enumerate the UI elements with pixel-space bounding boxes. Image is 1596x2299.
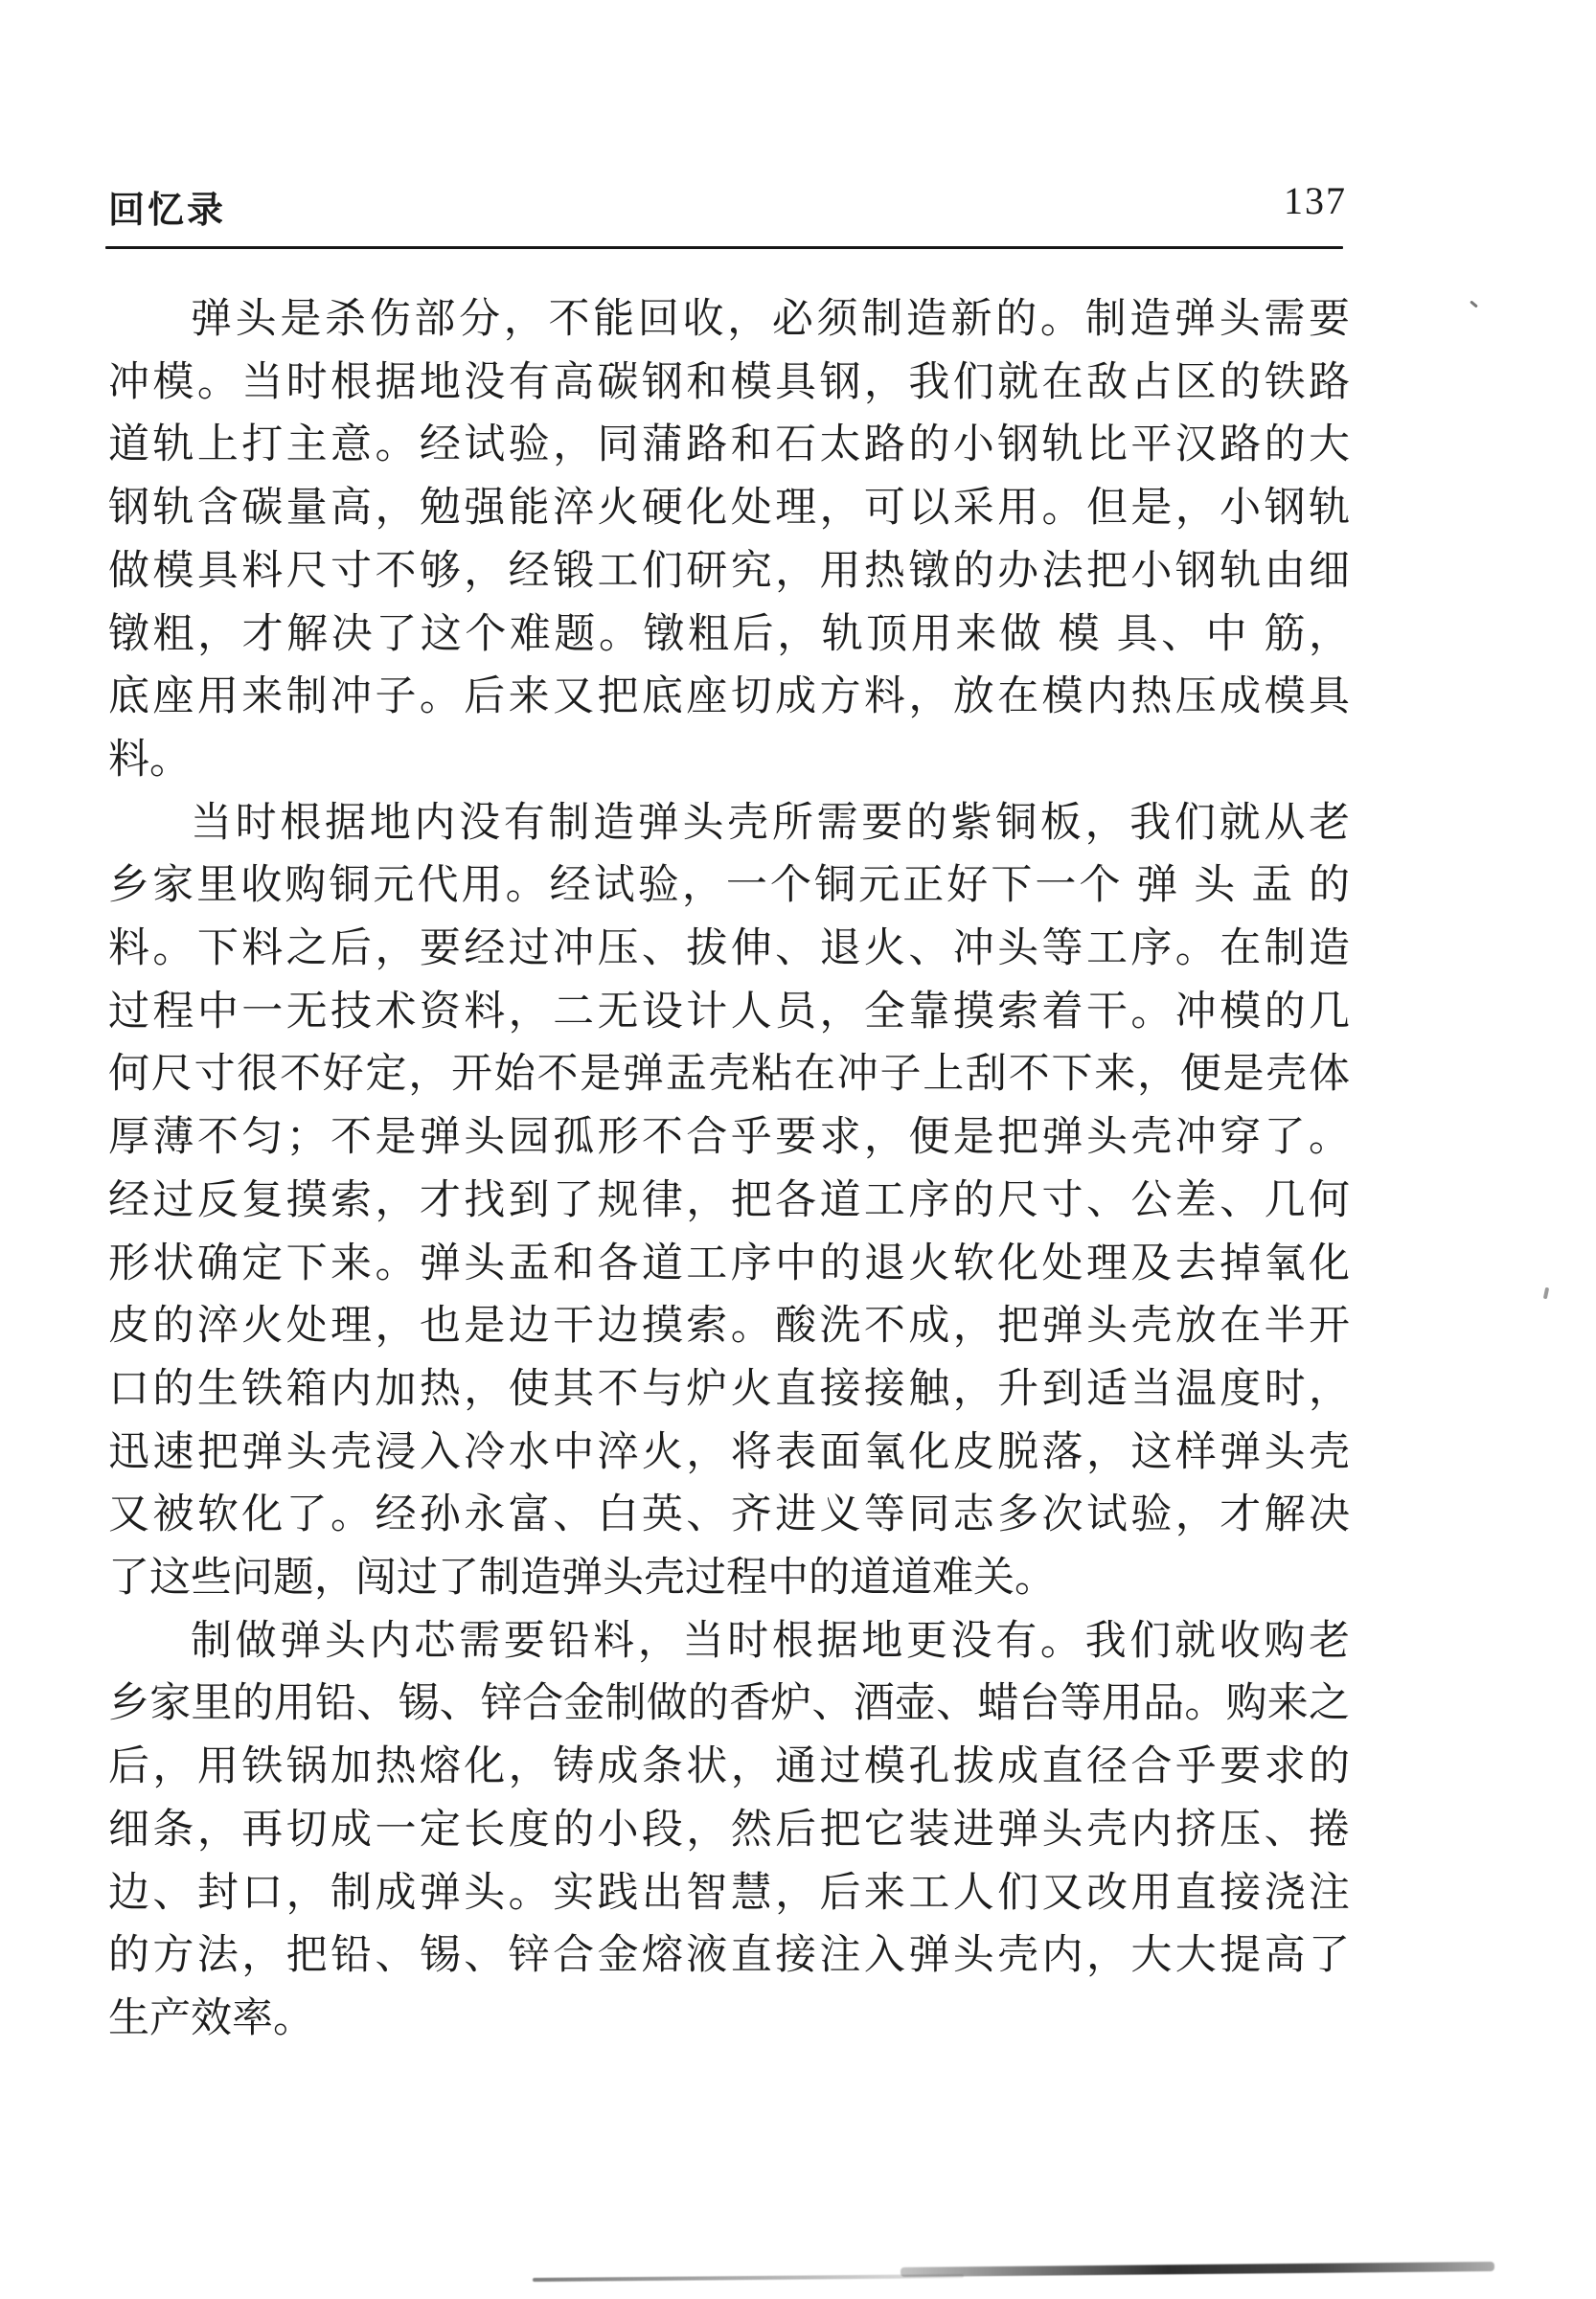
scanned-book-page: 回忆录 137 弹头是杀伤部分，不能回收，必须制造新的。制造弹头需要 冲模。当时… [0,0,1596,2299]
text-line: 又被软化了。经孙永富、白英、齐进义等同志多次试验，才解决 [108,1484,1350,1547]
paragraph-3: 制做弹头内芯需要铅料，当时根据地更没有。我们就收购老 乡家里的用铅、锡、锌合金制… [108,1610,1350,2051]
text-line: 乡家里的用铅、锡、锌合金制做的香炉、酒壶、蜡台等用品。购来之 [108,1673,1350,1736]
text-line: 钢轨含碳量高，勉强能淬火硬化处理，可以采用。但是，小钢轨 [108,477,1350,540]
text-line: 细条，再切成一定长度的小段，然后把它装进弹头壳内挤压、捲 [108,1799,1350,1862]
scan-artifact-speck [1543,1287,1549,1300]
text-line: 了这些问题，闯过了制造弹头壳过程中的道道难关。 [108,1547,1350,1610]
text-line: 边、封口，制成弹头。实践出智慧，后来工人们又改用直接浇注 [108,1862,1350,1925]
header-rule [105,246,1343,249]
page-number: 137 [1284,178,1347,223]
text-line: 冲模。当时根据地没有高碳钢和模具钢，我们就在敌占区的铁路 [108,352,1350,415]
text-line: 镦粗，才解决了这个难题。镦粗后，轨顶用来做 模 具、中 筋， [108,603,1350,667]
text-line: 乡家里收购铜元代用。经试验，一个铜元正好下一个 弹 头 盂 的 [108,854,1350,918]
text-line: 口的生铁箱内加热，使其不与炉火直接接触，升到适当温度时， [108,1358,1350,1422]
text-line: 弹头是杀伤部分，不能回收，必须制造新的。制造弹头需要 [108,288,1350,352]
text-line: 当时根据地内没有制造弹头壳所需要的紫铜板，我们就从老 [108,792,1350,855]
text-line: 迅速把弹头壳浸入冷水中淬火，将表面氧化皮脱落，这样弹头壳 [108,1422,1350,1485]
text-line: 后，用铁锅加热熔化，铸成条状，通过模孔拔成直径合乎要求的 [108,1736,1350,1799]
body-text: 弹头是杀伤部分，不能回收，必须制造新的。制造弹头需要 冲模。当时根据地没有高碳钢… [108,288,1350,2051]
scan-artifact-streak [901,2262,1494,2277]
paragraph-2: 当时根据地内没有制造弹头壳所需要的紫铜板，我们就从老 乡家里收购铜元代用。经试验… [108,792,1350,1610]
text-line: 底座用来制冲子。后来又把底座切成方料，放在模内热压成模具 [108,666,1350,729]
text-line: 料。下料之后，要经过冲压、拔伸、退火、冲头等工序。在制造 [108,918,1350,981]
text-line: 经过反复摸索，才找到了规律，把各道工序的尺寸、公差、几何 [108,1170,1350,1233]
text-line: 做模具料尺寸不够，经锻工们研究，用热镦的办法把小钢轨由细 [108,540,1350,603]
text-line: 制做弹头内芯需要铅料，当时根据地更没有。我们就收购老 [108,1610,1350,1673]
text-line: 的方法，把铅、锡、锌合金熔液直接注入弹头壳内，大大提高了 [108,1924,1350,1988]
paragraph-1: 弹头是杀伤部分，不能回收，必须制造新的。制造弹头需要 冲模。当时根据地没有高碳钢… [108,288,1350,792]
text-line: 道轨上打主意。经试验，同蒲路和石太路的小钢轨比平汉路的大 [108,414,1350,477]
text-line: 厚薄不匀；不是弹头园孤形不合乎要求，便是把弹头壳冲穿了。 [108,1106,1350,1170]
running-header-title: 回忆录 [108,180,226,233]
scan-artifact-streak [533,2274,964,2282]
text-line: 料。 [108,729,1350,792]
text-line: 过程中一无技术资料，二无设计人员，全靠摸索着干。冲模的几 [108,981,1350,1044]
text-line: 生产效率。 [108,1988,1350,2051]
text-line: 何尺寸很不好定，开始不是弹盂壳粘在冲子上刮不下来，便是壳体 [108,1043,1350,1106]
scan-artifact-speck [1470,300,1478,307]
text-line: 皮的淬火处理，也是边干边摸索。酸洗不成，把弹头壳放在半开 [108,1295,1350,1358]
text-line: 形状确定下来。弹头盂和各道工序中的退火软化处理及去掉氧化 [108,1233,1350,1296]
